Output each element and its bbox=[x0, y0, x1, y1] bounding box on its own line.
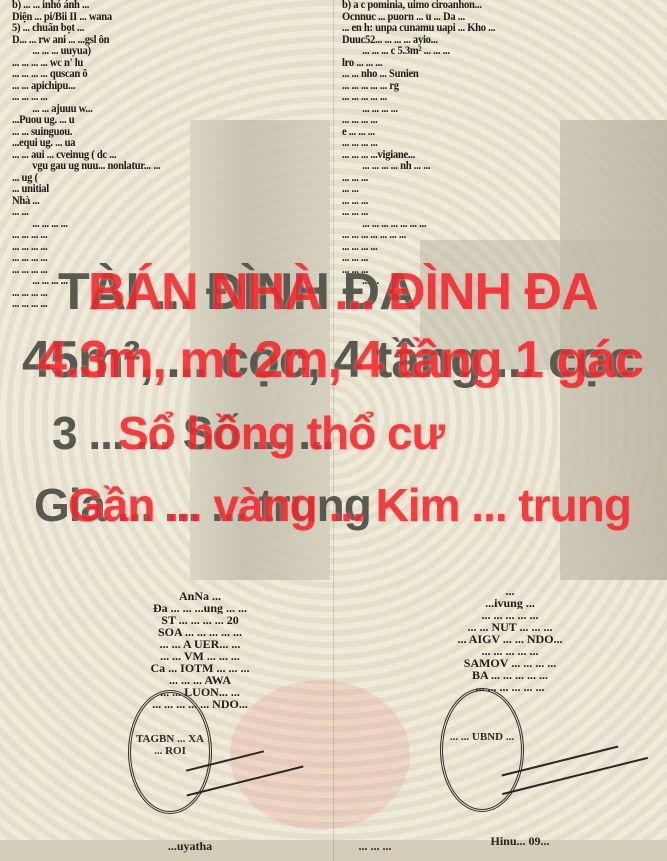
overlay-text: 4.3m, mt 2m, 4 tầng 1 gác bbox=[38, 330, 643, 390]
document-text-line: ... ... ... ... ... bbox=[360, 609, 660, 621]
overlay-text: BÁN NHÀ ... ĐÌNH ĐA bbox=[88, 262, 598, 322]
document-text-line: ... ... ... ... bbox=[12, 92, 214, 104]
document-text-line: Đa ... ... ...ung ... ... bbox=[70, 602, 330, 614]
signer-name-right: Hinu... 09... bbox=[460, 835, 580, 847]
document-text-line: ... ... ... AWA bbox=[70, 674, 330, 686]
document-text-line: ... AIGV ... ... NDO... bbox=[360, 633, 660, 645]
document-text-line: ... unitial bbox=[12, 184, 214, 196]
document-text-line: Ca ... IOTM ... ... ... bbox=[70, 662, 330, 674]
document-text-line: ... en h: unpa cunamu uapi ... Kho ... bbox=[342, 23, 554, 35]
document-text-line: ... ... ... ... ... ... ... bbox=[342, 219, 554, 231]
document-text-line: vgu gau ug nuu... nonlatur... ... bbox=[12, 161, 214, 173]
official-seal-left: TAGBN ... XA ... ROI bbox=[128, 690, 212, 814]
document-text-line: ... ... ... c 5.3m² ... ... ... bbox=[342, 46, 554, 58]
document-text-line: AnNa ... bbox=[70, 590, 330, 602]
document-text-line: ... ... ... ... wc n' lu bbox=[12, 58, 214, 70]
document-text-line: ... ... bbox=[12, 207, 214, 219]
document-text-line: ...Puou ug. ... u bbox=[12, 115, 214, 127]
document-text-line: Diện ... pi/Bii II ... wana bbox=[12, 12, 214, 24]
left-signature-block: AnNa ...Đa ... ... ...ung ... ...ST ... … bbox=[70, 590, 330, 710]
document-text-line: Ocnnuc ... puorn ... u ... Da ... bbox=[342, 12, 554, 24]
document-text-line: ... ... ... ... bbox=[12, 219, 214, 231]
document-text-line: ... ... ... ... ... ... ... bbox=[342, 230, 554, 242]
document-text-line: ... ... ... ... nh ... ... bbox=[342, 161, 554, 173]
document-text-line: ... ... ... ... bbox=[342, 138, 554, 150]
document-text-line: ...equi ug. ... ua bbox=[12, 138, 214, 150]
right-signature-block: ......ivung ...... ... ... ... ...... ..… bbox=[360, 585, 660, 693]
document-text-line: e ... ... ... bbox=[342, 127, 554, 139]
signer-name-left: ...uyatha bbox=[140, 840, 240, 852]
document-text-line: ... ... ... bbox=[342, 196, 554, 208]
document-text-line: 5) ... chuẩn bọt ... bbox=[12, 23, 214, 35]
document-text-line: SOA ... ... ... ... ... bbox=[70, 626, 330, 638]
overlay-text: Sổ hồng thổ cư bbox=[118, 406, 444, 460]
document-right-column: b) a c pominia, uimo ciroanhon...Ocnnuc … bbox=[342, 0, 572, 288]
document-text-line: ... ... ... uuyua) bbox=[12, 46, 214, 58]
document-text-line: ... ... ... bbox=[342, 207, 554, 219]
document-text-line: ... ... aui ... cveinug ( dc ... bbox=[12, 150, 214, 162]
document-text-line: b) ... ... inhó ánh ... bbox=[12, 0, 214, 12]
document-text-line: ... ... nho ... Sunien bbox=[342, 69, 554, 81]
official-seal-right: ... ... UBND ... bbox=[440, 688, 524, 812]
document-text-line: ... ... ... ... ... bbox=[360, 645, 660, 657]
overlay-text: Gần ... vàng ... Kim ... trung bbox=[68, 478, 631, 532]
document-text-line: Duuc52... ... ... ... ayio... bbox=[342, 35, 554, 47]
document-text-line: ... ... ... ... bbox=[342, 242, 554, 254]
document-text-line: ... ug ( bbox=[12, 173, 214, 185]
document-text-line: ... bbox=[360, 585, 660, 597]
document-text-line: ... ... ... ... bbox=[342, 115, 554, 127]
document-text-line: ... ... ... ... ... rg bbox=[342, 81, 554, 93]
document-text-line: Nhà ... bbox=[12, 196, 214, 208]
document-text-line: ... ... suinguou. bbox=[12, 127, 214, 139]
document-text-line: ... ... ... bbox=[342, 173, 554, 185]
document-text-line: b) a c pominia, uimo ciroanhon... bbox=[342, 0, 554, 12]
document-text-line: ... ... A UER... ... bbox=[70, 638, 330, 650]
document-text-line: D... ... rw ani ... ...gsl ôn bbox=[12, 35, 214, 47]
document-text-line: ... ... ... ... bbox=[12, 230, 214, 242]
document-text-line: ... ... ajuuu w... bbox=[12, 104, 214, 116]
document-text-line: ... ... ... ... bbox=[12, 242, 214, 254]
document-text-line: ... ... ... ... bbox=[342, 104, 554, 116]
document-text-line: ... ... LUON... ... bbox=[70, 686, 330, 698]
document-text-line: SAMOV ... ... ... ... bbox=[360, 657, 660, 669]
document-text-line: ... ... apichipu... bbox=[12, 81, 214, 93]
document-text-line: ... ... ... ... ... bbox=[342, 92, 554, 104]
document-text-line: ... ... VM ... ... ... bbox=[70, 650, 330, 662]
document-text-line: ... ... ... ...vigiane... bbox=[342, 150, 554, 162]
document-text-line: ST ... ... ... ... 20 bbox=[70, 614, 330, 626]
document-text-line: ...ivung ... bbox=[360, 597, 660, 609]
document-text-line: ... ... ... ... ... ... bbox=[360, 681, 660, 693]
document-text-line: ... ... NUT ... ... ... bbox=[360, 621, 660, 633]
document-text-line: lro ... ... ... bbox=[342, 58, 554, 70]
document-text-line: ... ... bbox=[342, 184, 554, 196]
document-text-line: ... ... ... ... quscan ô bbox=[12, 69, 214, 81]
signer-name-mid: ... ... ... bbox=[320, 840, 430, 852]
document-text-line: BA ... ... ... ... ... bbox=[360, 669, 660, 681]
